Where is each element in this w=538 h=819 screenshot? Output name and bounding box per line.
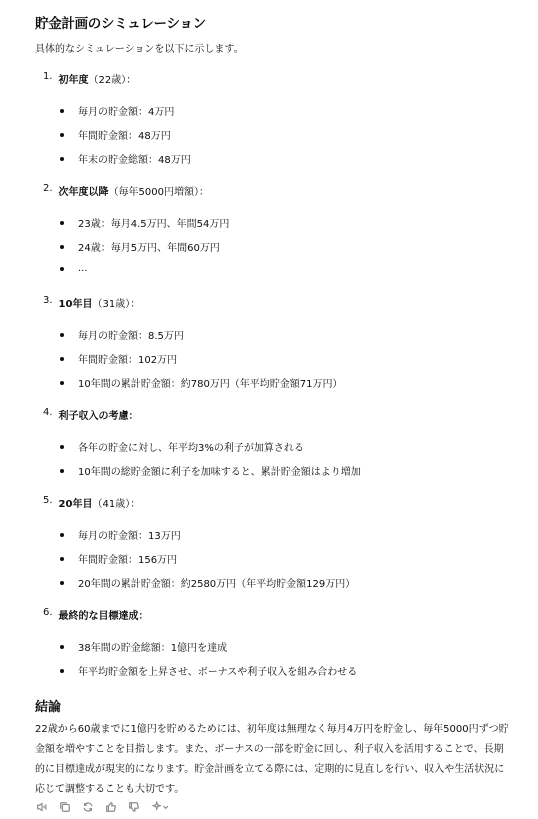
read-aloud-icon[interactable] (35, 800, 49, 814)
section-heading-2: 2. 次年度以降（毎年5000円増額）： (43, 183, 209, 198)
list-item: 10年間の累計貯金額：約780万円（年平均貯金額71万円） (60, 375, 343, 390)
section-title: 貯金計画のシミュレーション (35, 12, 206, 32)
list-item: 年平均貯金額を上昇させ、ボーナスや利子収入を組み合わせる (60, 663, 357, 678)
list-item: 23歳：毎月4.5万円、年間54万円 (60, 215, 229, 230)
regenerate-icon[interactable] (81, 800, 95, 814)
list-item: 年間貯金額：48万円 (60, 127, 171, 142)
section-heading-5: 5. 20年目（41歳）： (43, 495, 140, 510)
conclusion-heading: 結論 (35, 696, 61, 715)
copy-icon[interactable] (58, 800, 72, 814)
list-item: 年間貯金額：156万円 (60, 551, 177, 566)
list-item: ... (60, 263, 88, 274)
list-item: 10年間の総貯金額に利子を加味すると、累計貯金額はより増加 (60, 463, 361, 478)
list-item: 毎月の貯金額：13万円 (60, 527, 181, 542)
list-item: 各年の貯金に対し、年平均3%の利子が加算される (60, 439, 304, 454)
intro-text: 具体的なシミュレーションを以下に示します。 (35, 40, 244, 55)
list-item: 38年間の貯金総額：1億円を達成 (60, 639, 227, 654)
message-action-bar (35, 800, 172, 814)
thumbs-down-icon[interactable] (127, 800, 141, 814)
list-item: 24歳：毎月5万円、年間60万円 (60, 239, 220, 254)
conclusion-text: 22歳から60歳までに1億円を貯めるためには、初年度は無理なく毎月4万円を貯金し… (35, 720, 513, 800)
list-item: 年間貯金額：102万円 (60, 351, 177, 366)
thumbs-up-icon[interactable] (104, 800, 118, 814)
section-heading-1: 1. 初年度（22歳）： (43, 71, 136, 86)
section-heading-6: 6. 最終的な目標達成： (43, 607, 149, 622)
list-item: 20年間の累計貯金額：約2580万円（年平均貯金額129万円） (60, 575, 355, 590)
section-heading-4: 4. 利子収入の考慮： (43, 407, 139, 422)
section-heading-3: 3. 10年目（31歳）： (43, 295, 140, 310)
model-switch-icon[interactable] (150, 800, 172, 814)
list-item: 毎月の貯金額：8.5万円 (60, 327, 184, 342)
list-item: 年末の貯金総額：48万円 (60, 151, 191, 166)
list-item: 毎月の貯金額：4万円 (60, 103, 174, 118)
